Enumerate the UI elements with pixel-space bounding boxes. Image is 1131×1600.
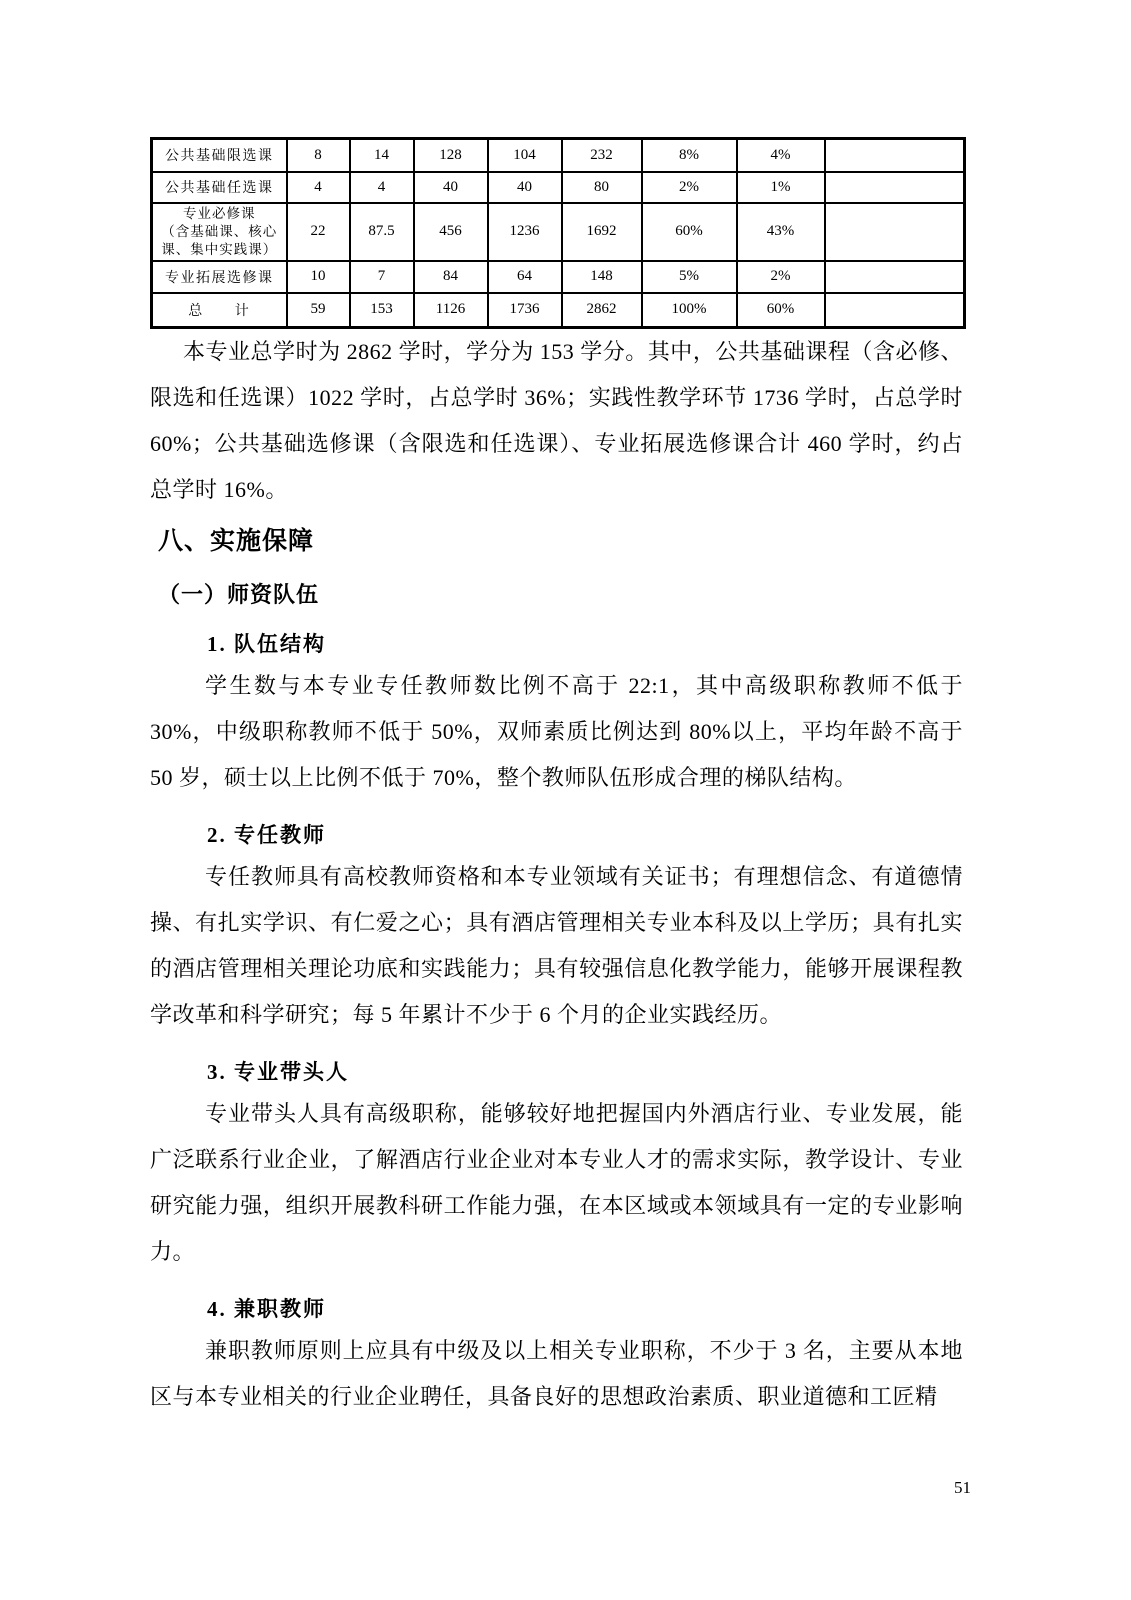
page-number: 51 [954, 1478, 971, 1498]
summary-paragraph: 本专业总学时为 2862 学时，学分为 153 学分。其中，公共基础课程（含必修… [150, 329, 963, 513]
table-cell: 40 [488, 172, 562, 203]
table-cell: 2862 [562, 293, 642, 328]
table-cell: 84 [414, 261, 488, 293]
table-cell: 87.5 [350, 203, 414, 261]
table-row: 专业必修课 （含基础课、核心 课、集中实践课） 22 87.5 456 1236… [152, 203, 965, 261]
table-cell: 2% [642, 172, 737, 203]
table-cell: 4 [287, 172, 350, 203]
table-cell: 148 [562, 261, 642, 293]
table-row: 专业拓展选修课 10 7 84 64 148 5% 2% [152, 261, 965, 293]
table-cell: 456 [414, 203, 488, 261]
table-cell: 总 计 [152, 293, 287, 328]
table-cell: 4 [350, 172, 414, 203]
table-cell: 60% [642, 203, 737, 261]
table-cell: 59 [287, 293, 350, 328]
table-cell: 60% [737, 293, 825, 328]
table-cell: 10 [287, 261, 350, 293]
table-cell [825, 172, 965, 203]
table-cell [825, 139, 965, 172]
subsection-body: 专业带头人具有高级职称，能够较好地把握国内外酒店行业、专业发展，能广泛联系行业企… [150, 1091, 963, 1275]
table-cell: 104 [488, 139, 562, 172]
section-heading: 八、实施保障 [158, 524, 963, 558]
table-cell: 128 [414, 139, 488, 172]
subsection-body: 专任教师具有高校教师资格和本专业领域有关证书；有理想信念、有道德情操、有扎实学识… [150, 854, 963, 1038]
table-cell: 5% [642, 261, 737, 293]
subsection-title: 2. 专任教师 [207, 822, 963, 848]
table-cell: 80 [562, 172, 642, 203]
table-cell: 14 [350, 139, 414, 172]
table-cell: 40 [414, 172, 488, 203]
table-cell: 1692 [562, 203, 642, 261]
table-cell: 公共基础限选课 [152, 139, 287, 172]
table-cell: 64 [488, 261, 562, 293]
curriculum-hours-table: 公共基础限选课 8 14 128 104 232 8% 4% 公共基础任选课 4… [150, 137, 966, 329]
subsection-title: 3. 专业带头人 [207, 1059, 963, 1085]
table-cell [825, 261, 965, 293]
table-cell: 公共基础任选课 [152, 172, 287, 203]
table-cell: 8% [642, 139, 737, 172]
table-cell: 1236 [488, 203, 562, 261]
subsection-title: 4. 兼职教师 [207, 1296, 963, 1322]
table-cell: 8 [287, 139, 350, 172]
table-row: 公共基础限选课 8 14 128 104 232 8% 4% [152, 139, 965, 172]
subsection-title: 1. 队伍结构 [207, 631, 963, 657]
table-row: 公共基础任选课 4 4 40 40 80 2% 1% [152, 172, 965, 203]
table-cell: 153 [350, 293, 414, 328]
table-cell: 专业必修课 （含基础课、核心 课、集中实践课） [152, 203, 287, 261]
subsection-parttime-teachers: 4. 兼职教师 兼职教师原则上应具有中级及以上相关专业职称，不少于 3 名，主要… [150, 1296, 963, 1420]
subsection-body: 学生数与本专业专任教师数比例不高于 22:1，其中高级职称教师不低于 30%，中… [150, 663, 963, 801]
table-cell [825, 203, 965, 261]
subsection-body: 兼职教师原则上应具有中级及以上相关专业职称，不少于 3 名，主要从本地区与本专业… [150, 1328, 963, 1420]
table-cell: 100% [642, 293, 737, 328]
table-cell: 1736 [488, 293, 562, 328]
subsection-program-leader: 3. 专业带头人 专业带头人具有高级职称，能够较好地把握国内外酒店行业、专业发展… [150, 1059, 963, 1275]
table-cell: 7 [350, 261, 414, 293]
table-cell: 2% [737, 261, 825, 293]
table-cell: 43% [737, 203, 825, 261]
subsection-fulltime-teachers: 2. 专任教师 专任教师具有高校教师资格和本专业领域有关证书；有理想信念、有道德… [150, 822, 963, 1038]
subsection-team-structure: 1. 队伍结构 学生数与本专业专任教师数比例不高于 22:1，其中高级职称教师不… [150, 631, 963, 801]
table-cell: 1126 [414, 293, 488, 328]
table-cell: 4% [737, 139, 825, 172]
table-cell: 专业拓展选修课 [152, 261, 287, 293]
page-content: 公共基础限选课 8 14 128 104 232 8% 4% 公共基础任选课 4… [150, 137, 963, 1420]
table-cell [825, 293, 965, 328]
subsection-heading: （一）师资队伍 [158, 580, 963, 610]
table-cell: 1% [737, 172, 825, 203]
table-cell: 22 [287, 203, 350, 261]
table-cell: 232 [562, 139, 642, 172]
table-row-total: 总 计 59 153 1126 1736 2862 100% 60% [152, 293, 965, 328]
document-page: 公共基础限选课 8 14 128 104 232 8% 4% 公共基础任选课 4… [0, 0, 1131, 1600]
